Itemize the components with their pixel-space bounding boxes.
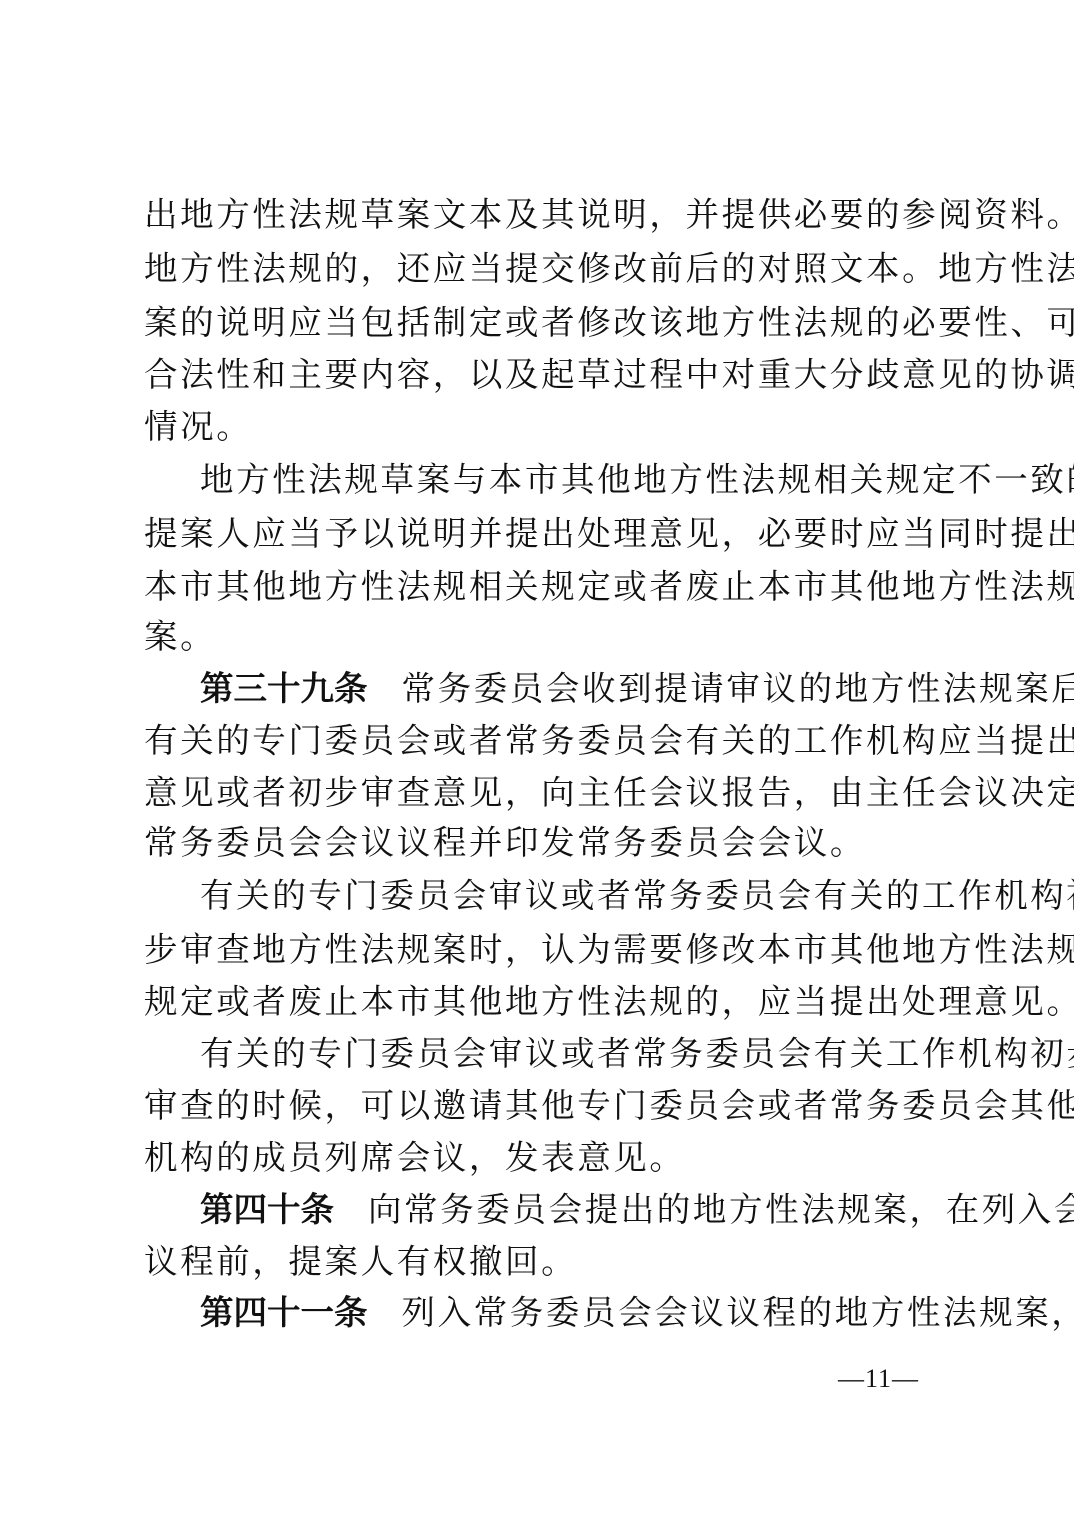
- text-line: 合法性和主要内容，以及起草过程中对重大分歧意见的协调处理: [144, 355, 944, 395]
- article-40-line: 第四十条向常务委员会提出的地方性法规案，在列入会议: [200, 1190, 944, 1230]
- text-line: 常务委员会会议议程并印发常务委员会会议。: [144, 823, 944, 863]
- article-41-line: 第四十一条列入常务委员会会议议程的地方性法规案，一: [200, 1293, 944, 1333]
- text-line: 机构的成员列席会议，发表意见。: [144, 1138, 944, 1178]
- text-line: 有关的专门委员会审议或者常务委员会有关的工作机构初: [200, 876, 944, 916]
- article-heading: 第三十九条: [200, 669, 368, 708]
- text-line: 审查的时候，可以邀请其他专门委员会或者常务委员会其他工作: [144, 1086, 944, 1126]
- page-number: —11—: [838, 1364, 919, 1394]
- text-span: 向常务委员会提出的地方性法规案，在列入会议: [368, 1190, 1074, 1229]
- text-line: 提案人应当予以说明并提出处理意见，必要时应当同时提出修改: [144, 514, 944, 554]
- text-line: 规定或者废止本市其他地方性法规的，应当提出处理意见。: [144, 982, 944, 1022]
- text-line: 案。: [144, 617, 944, 657]
- text-line: 本市其他地方性法规相关规定或者废止本市其他地方性法规的议: [144, 567, 944, 607]
- text-span: 列入常务委员会会议议程的地方性法规案，一: [402, 1293, 1074, 1332]
- text-line: 地方性法规的，还应当提交修改前后的对照文本。地方性法规草: [144, 249, 944, 289]
- article-heading: 第四十条: [200, 1190, 334, 1229]
- text-line: 有关的专门委员会或者常务委员会有关的工作机构应当提出审议: [144, 721, 944, 761]
- text-line: 出地方性法规草案文本及其说明，并提供必要的参阅资料。修改: [144, 195, 944, 235]
- text-span: 常务委员会收到提请审议的地方性法规案后，: [402, 669, 1074, 708]
- text-line: 情况。: [144, 407, 944, 447]
- text-line: 地方性法规草案与本市其他地方性法规相关规定不一致的，: [200, 460, 944, 500]
- article-39-line: 第三十九条常务委员会收到提请审议的地方性法规案后，: [200, 669, 944, 709]
- text-line: 步审查地方性法规案时，认为需要修改本市其他地方性法规相关: [144, 930, 944, 970]
- text-line: 有关的专门委员会审议或者常务委员会有关工作机构初步: [200, 1034, 944, 1074]
- article-heading: 第四十一条: [200, 1293, 368, 1332]
- text-line: 意见或者初步审查意见，向主任会议报告，由主任会议决定列入: [144, 773, 944, 813]
- document-page: 出地方性法规草案文本及其说明，并提供必要的参阅资料。修改 地方性法规的，还应当提…: [0, 0, 1074, 1520]
- text-line: 议程前，提案人有权撤回。: [144, 1242, 944, 1282]
- text-line: 案的说明应当包括制定或者修改该地方性法规的必要性、可行性、: [144, 303, 944, 343]
